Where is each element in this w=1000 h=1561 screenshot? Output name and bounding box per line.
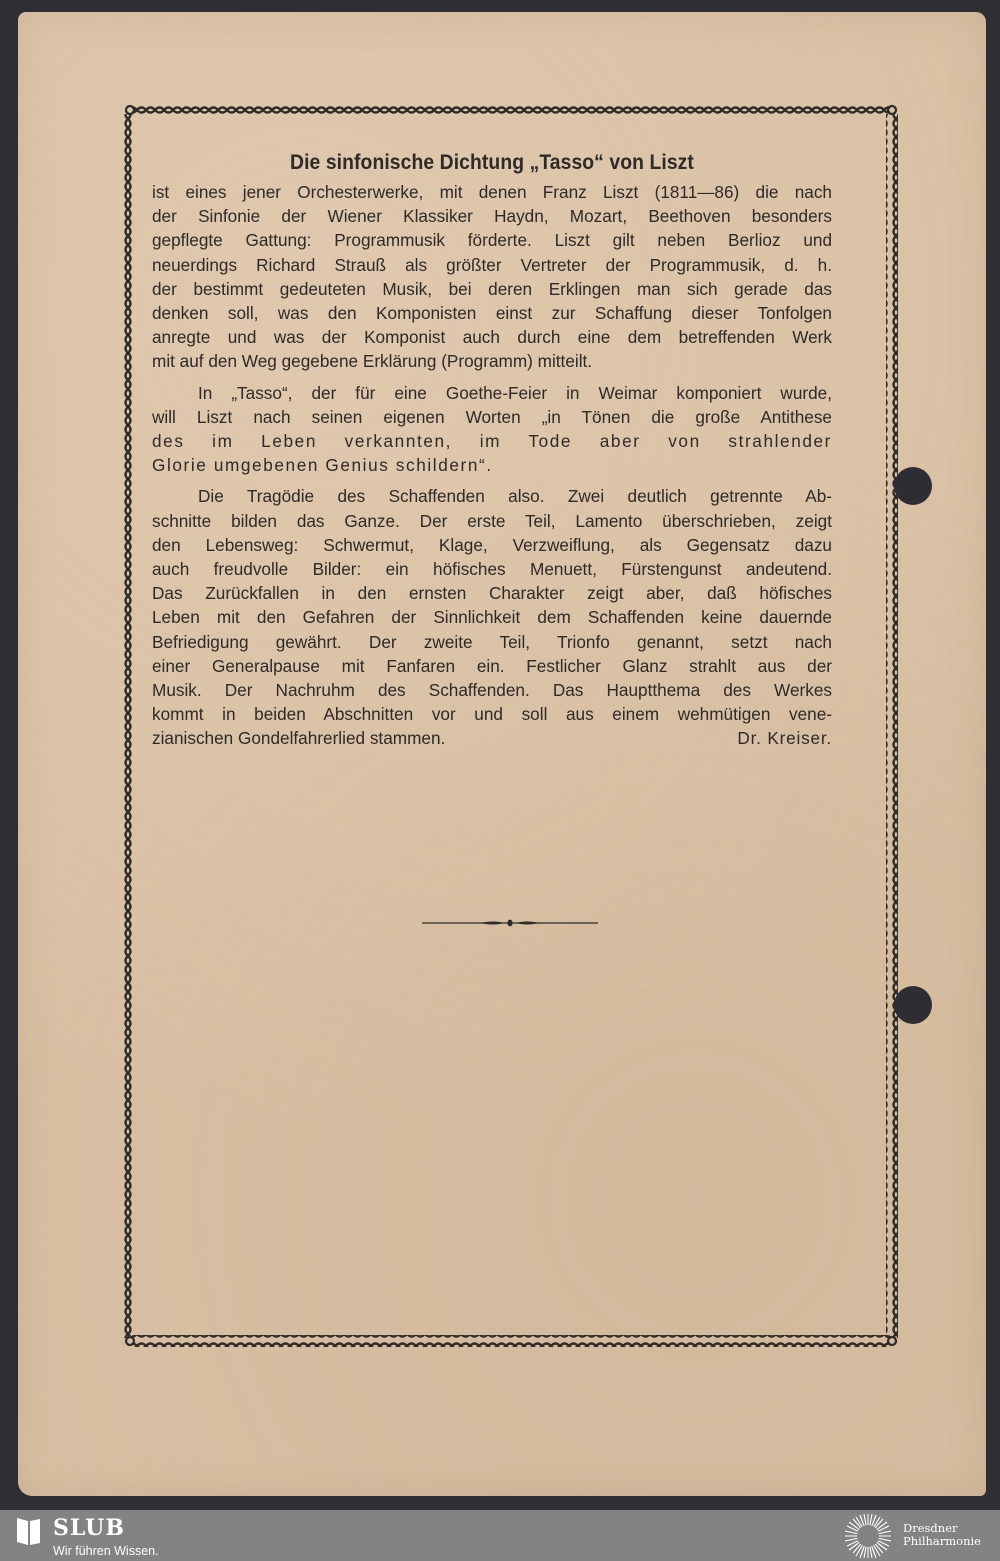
text-line: der bestimmt gedeuteten Musik, bei deren… xyxy=(152,277,832,301)
text-line: neuerdings Richard Strauß als größter Ve… xyxy=(152,253,832,277)
text-line: Befriedigung gewährt. Der zweite Teil, T… xyxy=(152,630,832,654)
slub-tagline: Wir führen Wissen. xyxy=(53,1543,159,1559)
slub-logo-text: SLUB xyxy=(53,1515,125,1541)
text-line: anregte und was der Komponist auch durch… xyxy=(152,325,832,349)
text-line: Die Tragödie des Schaffenden also. Zwei … xyxy=(152,484,832,508)
philharmonie-line-2: Philharmonie xyxy=(903,1535,981,1548)
text-line: In „Tasso“, der für eine Goethe-Feier in… xyxy=(152,381,832,405)
text-line: ist eines jener Orchesterwerke, mit dene… xyxy=(152,180,832,204)
text-line: Leben mit den Gefahren der Sinnlichkeit … xyxy=(152,605,832,629)
text-line: Glorie umgebenen Genius schildern“. xyxy=(152,453,832,477)
text-line: einer Generalpause mit Fanfaren ein. Fes… xyxy=(152,654,832,678)
text-line: mit auf den Weg gegebene Erklärung (Prog… xyxy=(152,349,832,373)
philharmonie-sunburst-logo-icon xyxy=(843,1512,893,1560)
text-line-with-signature: zianischen Gondelfahrerlied stammen. Dr.… xyxy=(152,726,832,750)
text-line: schnitte bilden das Ganze. Der erste Tei… xyxy=(152,509,832,533)
ornamental-divider-icon xyxy=(420,915,600,931)
paragraph-1: ist eines jener Orchesterwerke, mit dene… xyxy=(152,180,832,374)
author-signature: Dr. Kreiser. xyxy=(737,726,832,750)
text-line: will Liszt nach seinen eigenen Worten „i… xyxy=(152,405,832,429)
text-line: auch freudvolle Bilder: ein höfisches Me… xyxy=(152,557,832,581)
footer-bar: SLUB Wir führen Wissen. Dresdner Philhar… xyxy=(0,1510,1000,1561)
text-line: Musik. Der Nachruhm des Schaffenden. Das… xyxy=(152,678,832,702)
article: Die sinfonische Dichtung „Tasso“ von Lis… xyxy=(152,148,832,751)
text-line: des im Leben verkannten, im Tode aber vo… xyxy=(152,429,832,453)
paragraph-3: Die Tragödie des Schaffenden also. Zwei … xyxy=(152,484,832,750)
philharmonie-logo-text: Dresdner Philharmonie xyxy=(903,1522,981,1548)
text-line: Das Zurückfallen in den ernsten Charakte… xyxy=(152,581,832,605)
text-line: kommt in beiden Abschnitten vor und soll… xyxy=(152,702,832,726)
punch-hole-lower xyxy=(894,986,932,1024)
text-line: den Lebensweg: Schwermut, Klage, Verzwei… xyxy=(152,533,832,557)
paragraph-2: In „Tasso“, der für eine Goethe-Feier in… xyxy=(152,381,832,478)
punch-hole-upper xyxy=(894,467,932,505)
text-line: denken soll, was den Komponisten einst z… xyxy=(152,301,832,325)
text-line: gepflegte Gattung: Programmusik förderte… xyxy=(152,228,832,252)
slub-book-logo-icon xyxy=(14,1516,42,1546)
article-title: Die sinfonische Dichtung „Tasso“ von Lis… xyxy=(179,148,805,178)
scan-background: Die sinfonische Dichtung „Tasso“ von Lis… xyxy=(0,0,1000,1510)
text-line: der Sinfonie der Wiener Klassiker Haydn,… xyxy=(152,204,832,228)
text-line: zianischen Gondelfahrerlied stammen. xyxy=(152,728,445,748)
